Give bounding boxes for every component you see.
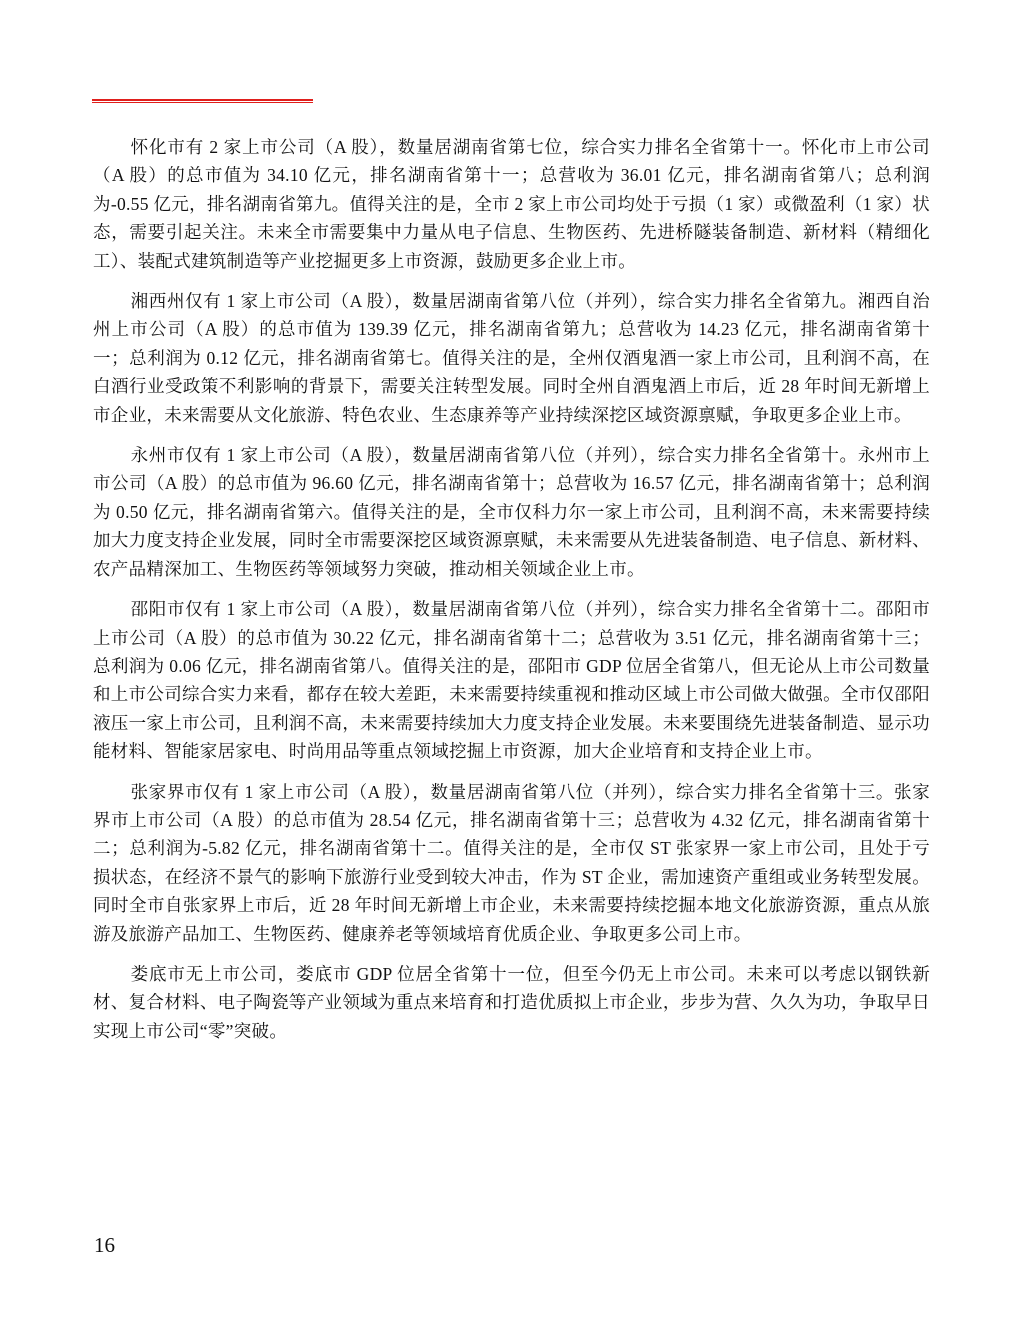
page-number: 16 [94, 1232, 115, 1258]
body-paragraph: 娄底市无上市公司，娄底市 GDP 位居全省第十一位，但至今仍无上市公司。未来可以… [93, 960, 930, 1045]
body-paragraph: 怀化市有 2 家上市公司（A 股），数量居湖南省第七位，综合实力排名全省第十一。… [93, 133, 930, 275]
body-paragraph: 张家界市仅有 1 家上市公司（A 股），数量居湖南省第八位（并列），综合实力排名… [93, 778, 930, 948]
red-double-rule [92, 99, 313, 103]
body-paragraph: 邵阳市仅有 1 家上市公司（A 股），数量居湖南省第八位（并列），综合实力排名全… [93, 595, 930, 765]
body-paragraph: 湘西州仅有 1 家上市公司（A 股），数量居湖南省第八位（并列），综合实力排名全… [93, 287, 930, 429]
document-page: 怀化市有 2 家上市公司（A 股），数量居湖南省第七位，综合实力排名全省第十一。… [0, 0, 1020, 1320]
page-body-text: 怀化市有 2 家上市公司（A 股），数量居湖南省第七位，综合实力排名全省第十一。… [93, 133, 930, 1057]
body-paragraph: 永州市仅有 1 家上市公司（A 股），数量居湖南省第八位（并列），综合实力排名全… [93, 441, 930, 583]
